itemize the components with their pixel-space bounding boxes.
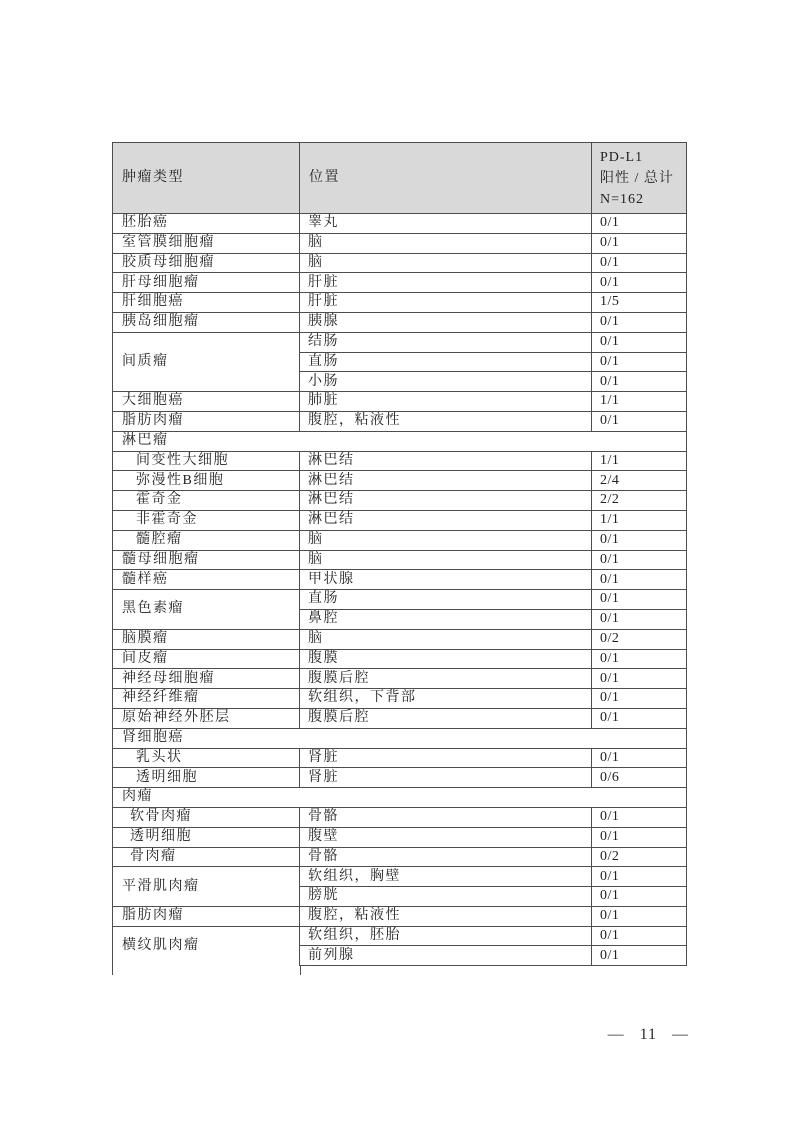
pdl1-value-cell: 1/1 — [592, 451, 687, 471]
table-row: 弥漫性B细胞淋巴结2/4 — [113, 471, 687, 491]
pdl1-value-cell: 0/1 — [592, 352, 687, 372]
table-row: 霍奇金淋巴结2/2 — [113, 491, 687, 511]
tumor-type-cell: 胚胎癌 — [113, 214, 300, 234]
pdl1-value-cell: 0/1 — [592, 214, 687, 234]
tumor-type-cell: 肝细胞癌 — [113, 293, 300, 313]
location-cell: 甲状腺 — [300, 570, 592, 590]
location-cell: 腹膜 — [300, 649, 592, 669]
table-row: 横纹肌肉瘤软组织，胚胎0/1 — [113, 926, 687, 946]
tumor-type-cell: 软骨肉瘤 — [113, 807, 300, 827]
pdl1-value-cell: 0/1 — [592, 253, 687, 273]
table-continuation-border — [112, 965, 301, 975]
tumor-type-cell: 神经母细胞瘤 — [113, 669, 300, 689]
tumor-type-cell: 原始神经外胚层 — [113, 708, 300, 728]
location-cell: 腹膜后腔 — [300, 669, 592, 689]
location-cell: 睾丸 — [300, 214, 592, 234]
table-row: 神经纤维瘤软组织，下背部0/1 — [113, 689, 687, 709]
section-label: 肾细胞癌 — [113, 728, 687, 748]
table-row: 平滑肌肉瘤软组织，胸壁0/1 — [113, 867, 687, 887]
location-cell: 肝脏 — [300, 293, 592, 313]
table-row: 肝细胞癌肝脏1/5 — [113, 293, 687, 313]
location-cell: 直肠 — [300, 352, 592, 372]
pdl1-value-cell: 0/1 — [592, 689, 687, 709]
table-row: 间皮瘤腹膜0/1 — [113, 649, 687, 669]
table-row: 透明细胞肾脏0/6 — [113, 768, 687, 788]
tumor-type-cell: 胶质母细胞瘤 — [113, 253, 300, 273]
table-row: 髓样癌甲状腺0/1 — [113, 570, 687, 590]
pdl1-value-cell: 1/1 — [592, 392, 687, 412]
table-row: 髓腔瘤脑0/1 — [113, 530, 687, 550]
location-cell: 腹腔，粘液性 — [300, 411, 592, 431]
location-cell: 软组织，胸壁 — [300, 867, 592, 887]
tumor-type-cell: 髓母细胞瘤 — [113, 550, 300, 570]
pdl1-value-cell: 2/2 — [592, 491, 687, 511]
header-pdl1-total: PD-L1 阳性 / 总计 N=162 — [592, 143, 687, 214]
tumor-type-cell: 髓腔瘤 — [113, 530, 300, 550]
table-row: 骨肉瘤骨骼0/2 — [113, 847, 687, 867]
location-cell: 肾脏 — [300, 768, 592, 788]
location-cell: 脑 — [300, 530, 592, 550]
pdl1-value-cell: 0/1 — [592, 887, 687, 907]
table-row: 胰岛细胞瘤胰腺0/1 — [113, 312, 687, 332]
location-cell: 直肠 — [300, 590, 592, 610]
pdl1-value-cell: 0/1 — [592, 590, 687, 610]
pdl1-value-cell: 0/1 — [592, 570, 687, 590]
tumor-type-cell: 平滑肌肉瘤 — [113, 867, 300, 907]
tumor-type-cell: 横纹肌肉瘤 — [113, 926, 300, 966]
tumor-type-cell: 弥漫性B细胞 — [113, 471, 300, 491]
table-row: 软骨肉瘤骨骼0/1 — [113, 807, 687, 827]
page-number: — 11 — — [608, 1026, 689, 1044]
tumor-type-cell: 非霍奇金 — [113, 510, 300, 530]
location-cell: 结肠 — [300, 332, 592, 352]
location-cell: 肺脏 — [300, 392, 592, 412]
location-cell: 小肠 — [300, 372, 592, 392]
section-label: 淋巴瘤 — [113, 431, 687, 451]
table-row: 非霍奇金淋巴结1/1 — [113, 510, 687, 530]
location-cell: 脑 — [300, 233, 592, 253]
location-cell: 骨骼 — [300, 847, 592, 867]
tumor-type-cell: 胰岛细胞瘤 — [113, 312, 300, 332]
pdl1-value-cell: 0/1 — [592, 233, 687, 253]
pdl1-value-cell: 0/1 — [592, 867, 687, 887]
section-label: 肉瘤 — [113, 788, 687, 808]
section-row: 肉瘤 — [113, 788, 687, 808]
pdl1-value-cell: 0/1 — [592, 926, 687, 946]
pdl1-value-cell: 0/1 — [592, 946, 687, 966]
pdl1-value-cell: 0/1 — [592, 312, 687, 332]
table-row: 间质瘤结肠0/1 — [113, 332, 687, 352]
location-cell: 脑 — [300, 629, 592, 649]
pdl1-results-table: 肿瘤类型 位置 PD-L1 阳性 / 总计 N=162 胚胎癌睾丸0/1室管膜细… — [112, 142, 687, 966]
table-row: 脂肪肉瘤腹腔，粘液性0/1 — [113, 411, 687, 431]
pdl1-value-cell: 0/1 — [592, 372, 687, 392]
section-row: 淋巴瘤 — [113, 431, 687, 451]
pdl1-value-cell: 0/1 — [592, 332, 687, 352]
table-body: 胚胎癌睾丸0/1室管膜细胞瘤脑0/1胶质母细胞瘤脑0/1肝母细胞瘤肝脏0/1肝细… — [113, 214, 687, 966]
table-row: 胚胎癌睾丸0/1 — [113, 214, 687, 234]
tumor-type-cell: 间皮瘤 — [113, 649, 300, 669]
tumor-type-cell: 脂肪肉瘤 — [113, 906, 300, 926]
pdl1-value-cell: 0/1 — [592, 708, 687, 728]
table-row: 透明细胞腹壁0/1 — [113, 827, 687, 847]
tumor-type-cell: 霍奇金 — [113, 491, 300, 511]
table-row: 胶质母细胞瘤脑0/1 — [113, 253, 687, 273]
location-cell: 软组织，下背部 — [300, 689, 592, 709]
pdl1-value-cell: 0/1 — [592, 906, 687, 926]
table-row: 间变性大细胞淋巴结1/1 — [113, 451, 687, 471]
table-row: 脂肪肉瘤腹腔，粘液性0/1 — [113, 906, 687, 926]
tumor-type-cell: 神经纤维瘤 — [113, 689, 300, 709]
location-cell: 脑 — [300, 550, 592, 570]
pdl1-value-cell: 0/1 — [592, 649, 687, 669]
tumor-type-cell: 黑色素瘤 — [113, 590, 300, 630]
table-row: 室管膜细胞瘤脑0/1 — [113, 233, 687, 253]
location-cell: 软组织，胚胎 — [300, 926, 592, 946]
table-row: 肝母细胞瘤肝脏0/1 — [113, 273, 687, 293]
tumor-type-cell: 透明细胞 — [113, 827, 300, 847]
pdl1-value-cell: 0/2 — [592, 847, 687, 867]
tumor-type-cell: 大细胞癌 — [113, 392, 300, 412]
tumor-type-cell: 骨肉瘤 — [113, 847, 300, 867]
pdl1-value-cell: 0/2 — [592, 629, 687, 649]
pdl1-value-cell: 1/5 — [592, 293, 687, 313]
location-cell: 腹腔，粘液性 — [300, 906, 592, 926]
pdl1-value-cell: 0/6 — [592, 768, 687, 788]
pdl1-value-cell: 0/1 — [592, 609, 687, 629]
tumor-type-cell: 肝母细胞瘤 — [113, 273, 300, 293]
tumor-type-cell: 透明细胞 — [113, 768, 300, 788]
table-row: 髓母细胞瘤脑0/1 — [113, 550, 687, 570]
location-cell: 肾脏 — [300, 748, 592, 768]
table-row: 神经母细胞瘤腹膜后腔0/1 — [113, 669, 687, 689]
header-tumor-type: 肿瘤类型 — [113, 143, 300, 214]
document-page: 肿瘤类型 位置 PD-L1 阳性 / 总计 N=162 胚胎癌睾丸0/1室管膜细… — [0, 0, 793, 1122]
table-row: 乳头状肾脏0/1 — [113, 748, 687, 768]
location-cell: 骨骼 — [300, 807, 592, 827]
tumor-type-cell: 髓样癌 — [113, 570, 300, 590]
tumor-type-cell: 间变性大细胞 — [113, 451, 300, 471]
table-row: 脑膜瘤脑0/2 — [113, 629, 687, 649]
tumor-type-cell: 乳头状 — [113, 748, 300, 768]
location-cell: 淋巴结 — [300, 510, 592, 530]
location-cell: 前列腺 — [300, 946, 592, 966]
pdl1-value-cell: 0/1 — [592, 807, 687, 827]
table-row: 黑色素瘤直肠0/1 — [113, 590, 687, 610]
location-cell: 淋巴结 — [300, 451, 592, 471]
tumor-type-cell: 间质瘤 — [113, 332, 300, 391]
pdl1-value-cell: 0/1 — [592, 669, 687, 689]
header-location: 位置 — [300, 143, 592, 214]
pdl1-value-cell: 0/1 — [592, 411, 687, 431]
pdl1-value-cell: 0/1 — [592, 550, 687, 570]
location-cell: 膀胱 — [300, 887, 592, 907]
location-cell: 鼻腔 — [300, 609, 592, 629]
section-row: 肾细胞癌 — [113, 728, 687, 748]
pdl1-value-cell: 0/1 — [592, 748, 687, 768]
pdl1-value-cell: 0/1 — [592, 273, 687, 293]
location-cell: 腹膜后腔 — [300, 708, 592, 728]
location-cell: 脑 — [300, 253, 592, 273]
location-cell: 腹壁 — [300, 827, 592, 847]
tumor-type-cell: 脂肪肉瘤 — [113, 411, 300, 431]
table-row: 大细胞癌肺脏1/1 — [113, 392, 687, 412]
tumor-type-cell: 室管膜细胞瘤 — [113, 233, 300, 253]
pdl1-value-cell: 1/1 — [592, 510, 687, 530]
pdl1-value-cell: 0/1 — [592, 530, 687, 550]
tumor-type-cell: 脑膜瘤 — [113, 629, 300, 649]
table-header-row: 肿瘤类型 位置 PD-L1 阳性 / 总计 N=162 — [113, 143, 687, 214]
location-cell: 胰腺 — [300, 312, 592, 332]
location-cell: 肝脏 — [300, 273, 592, 293]
location-cell: 淋巴结 — [300, 471, 592, 491]
pdl1-value-cell: 2/4 — [592, 471, 687, 491]
table-row: 原始神经外胚层腹膜后腔0/1 — [113, 708, 687, 728]
location-cell: 淋巴结 — [300, 491, 592, 511]
pdl1-value-cell: 0/1 — [592, 827, 687, 847]
